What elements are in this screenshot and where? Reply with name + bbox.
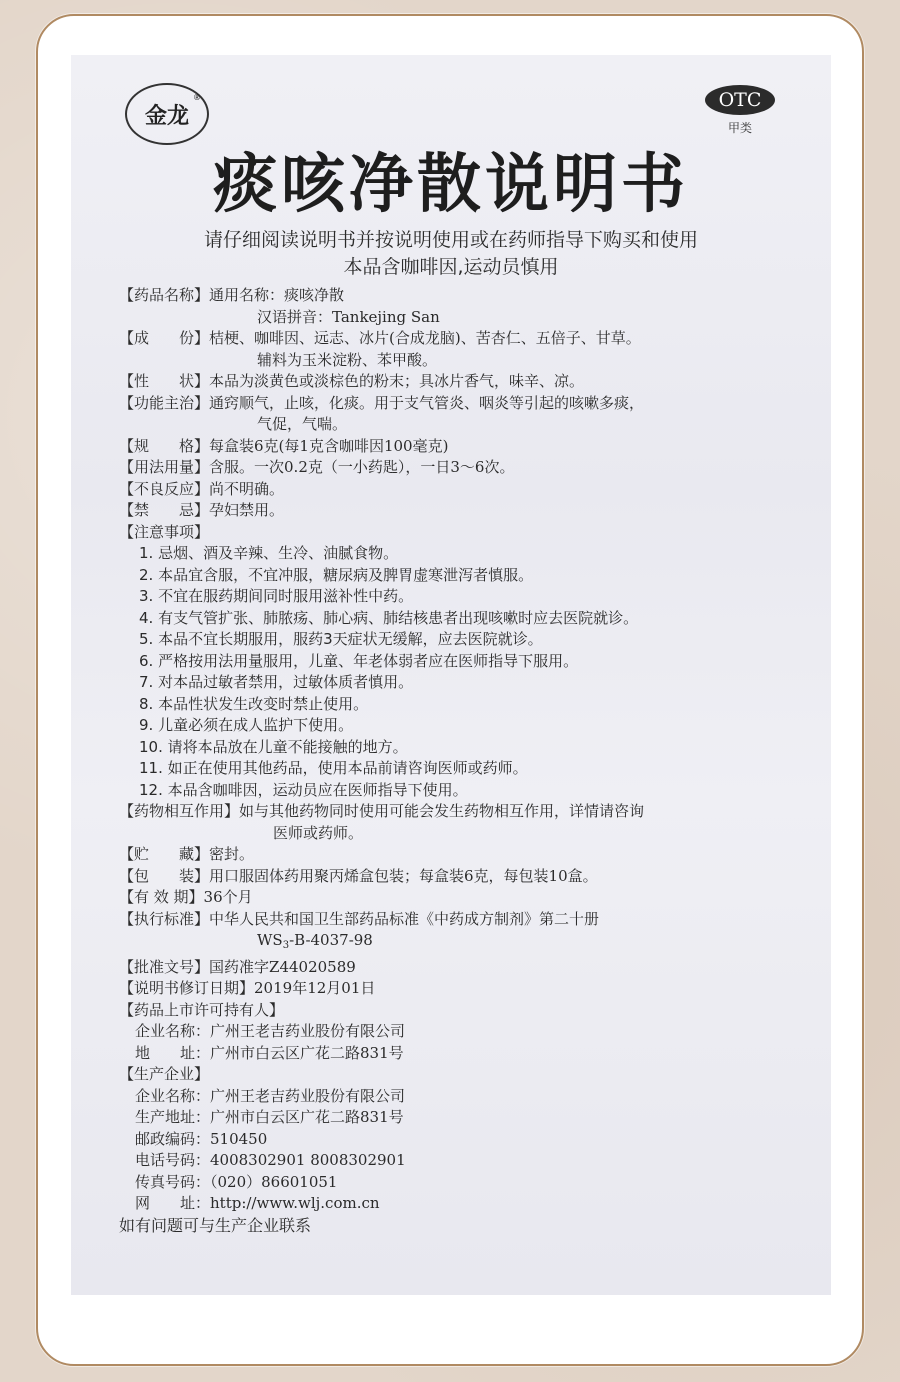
section-label: 【规 格】 — [119, 436, 209, 458]
section-value: 每盒装6克(每1克含咖啡因100毫克) — [209, 436, 809, 458]
section-value: 桔梗、咖啡因、远志、冰片(合成龙脑)、苦杏仁、五倍子、甘草。 — [209, 328, 809, 350]
subtitle-line-1: 请仔细阅读说明书并按说明使用或在药师指导下购买和使用 — [71, 227, 831, 254]
list-item: 2. 本品宜含服，不宜冲服，糖尿病及脾胃虚寒泄泻者慎服。 — [119, 565, 809, 587]
section-value: 尚不明确。 — [209, 479, 809, 501]
section-label: 【不良反应】 — [119, 479, 209, 501]
section-precautions-label: 【注意事项】 — [119, 522, 809, 544]
section-value: 2019年12月01日 — [254, 978, 809, 1000]
section-spec: 【规 格】 每盒装6克(每1克含咖啡因100毫克) — [119, 436, 809, 458]
section-value: 本品为淡黄色或淡棕色的粉末；具冰片香气，味辛、凉。 — [209, 371, 809, 393]
section-dosage: 【用法用量】 含服。一次0.2克（一小药匙），一日3～6次。 — [119, 457, 809, 479]
section-value: 用口服固体药用聚丙烯盒包装；每盒装6克，每包装10盒。 — [209, 866, 809, 888]
subtitle-line-2: 本品含咖啡因,运动员慎用 — [71, 254, 831, 281]
manufacturer-website: 网 址：http://www.wlj.com.cn — [119, 1193, 809, 1215]
section-value-cont: 辅料为玉米淀粉、苯甲酸。 — [119, 350, 809, 372]
section-value: 密封。 — [209, 844, 809, 866]
holder-company: 企业名称：广州王老吉药业股份有限公司 — [119, 1021, 809, 1043]
manufacturer-postcode: 邮政编码：510450 — [119, 1129, 809, 1151]
code-suffix: -B-4037-98 — [289, 931, 373, 949]
otc-badge: OTC 甲类 — [705, 85, 775, 136]
section-properties: 【性 状】 本品为淡黄色或淡棕色的粉末；具冰片香气，味辛、凉。 — [119, 371, 809, 393]
section-label: 【性 状】 — [119, 371, 209, 393]
registered-mark-icon: ® — [193, 93, 201, 102]
section-name: 【药品名称】 通用名称：痰咳净散 — [119, 285, 809, 307]
section-approval: 【批准文号】 国药准字Z44020589 — [119, 957, 809, 979]
section-shelf-life: 【有 效 期】 36个月 — [119, 887, 809, 909]
holder-address: 地 址：广州市白云区广花二路831号 — [119, 1043, 809, 1065]
section-label: 【成 份】 — [119, 328, 209, 350]
list-item: 12. 本品含咖啡因，运动员应在医师指导下使用。 — [119, 780, 809, 802]
list-item: 5. 本品不宜长期服用，服药3天症状无缓解，应去医院就诊。 — [119, 629, 809, 651]
page-title: 痰咳净散说明书 — [71, 145, 831, 225]
section-value: 如与其他药物同时使用可能会发生药物相互作用，详情请咨询 — [239, 801, 809, 823]
section-label: 【禁 忌】 — [119, 500, 209, 522]
section-ingredients: 【成 份】 桔梗、咖啡因、远志、冰片(合成龙脑)、苦杏仁、五倍子、甘草。 — [119, 328, 809, 350]
section-value: 孕妇禁用。 — [209, 500, 809, 522]
list-item: 1. 忌烟、酒及辛辣、生冷、油腻食物。 — [119, 543, 809, 565]
otc-class: 甲类 — [705, 119, 775, 136]
code-prefix: WS — [257, 931, 283, 949]
section-indications: 【功能主治】 通窍顺气，止咳，化痰。用于支气管炎、咽炎等引起的咳嗽多痰， — [119, 393, 809, 415]
list-item: 7. 对本品过敏者禁用，过敏体质者慎用。 — [119, 672, 809, 694]
footer-contact-note: 如有问题可与生产企业联系 — [119, 1215, 809, 1237]
section-label: 【批准文号】 — [119, 957, 209, 979]
section-label: 【贮 藏】 — [119, 844, 209, 866]
section-label: 【用法用量】 — [119, 457, 209, 479]
section-contraindications: 【禁 忌】 孕妇禁用。 — [119, 500, 809, 522]
generic-name: 通用名称：痰咳净散 — [209, 285, 809, 307]
manufacturer-address: 生产地址：广州市白云区广花二路831号 — [119, 1107, 809, 1129]
pinyin-name: 汉语拼音：Tankejing San — [119, 307, 809, 329]
section-manufacturer-label: 【生产企业】 — [119, 1064, 809, 1086]
list-item: 3. 不宜在服药期间同时服用滋补性中药。 — [119, 586, 809, 608]
standard-code: WS3-B-4037-98 — [119, 930, 809, 957]
list-item: 4. 有支气管扩张、肺脓疡、肺心病、肺结核患者出现咳嗽时应去医院就诊。 — [119, 608, 809, 630]
section-label: 【药物相互作用】 — [119, 801, 239, 823]
manufacturer-phone: 电话号码：4008302901 8008302901 — [119, 1150, 809, 1172]
list-item: 8. 本品性状发生改变时禁止使用。 — [119, 694, 809, 716]
section-label: 【包 装】 — [119, 866, 209, 888]
list-item: 10. 请将本品放在儿童不能接触的地方。 — [119, 737, 809, 759]
section-value: 国药准字Z44020589 — [209, 957, 809, 979]
precautions-list: 1. 忌烟、酒及辛辣、生冷、油腻食物。 2. 本品宜含服，不宜冲服，糖尿病及脾胃… — [119, 543, 809, 801]
section-holder-label: 【药品上市许可持有人】 — [119, 1000, 809, 1022]
section-label: 【说明书修订日期】 — [119, 978, 254, 1000]
section-label: 【有 效 期】 — [119, 887, 204, 909]
section-value: 含服。一次0.2克（一小药匙），一日3～6次。 — [209, 457, 809, 479]
section-value: 36个月 — [204, 887, 809, 909]
list-item: 11. 如正在使用其他药品，使用本品前请咨询医师或药师。 — [119, 758, 809, 780]
section-value: 中华人民共和国卫生部药品标准《中药成方制剂》第二十册 — [209, 909, 809, 931]
section-value-cont: 医师或药师。 — [119, 823, 809, 845]
section-value: 通窍顺气，止咳，化痰。用于支气管炎、咽炎等引起的咳嗽多痰， — [209, 393, 809, 415]
section-storage: 【贮 藏】 密封。 — [119, 844, 809, 866]
leaflet-paper: 金龙 ® OTC 甲类 痰咳净散说明书 请仔细阅读说明书并按说明使用或在药师指导… — [71, 55, 831, 1295]
manufacturer-company: 企业名称：广州王老吉药业股份有限公司 — [119, 1086, 809, 1108]
section-revision: 【说明书修订日期】 2019年12月01日 — [119, 978, 809, 1000]
brand-logo-text: 金龙 — [145, 99, 189, 130]
section-interactions: 【药物相互作用】 如与其他药物同时使用可能会发生药物相互作用，详情请咨询 — [119, 801, 809, 823]
section-standard: 【执行标准】 中华人民共和国卫生部药品标准《中药成方制剂》第二十册 — [119, 909, 809, 931]
manufacturer-fax: 传真号码：（020）86601051 — [119, 1172, 809, 1194]
leaflet-body: 【药品名称】 通用名称：痰咳净散 汉语拼音：Tankejing San 【成 份… — [119, 285, 809, 1236]
otc-oval: OTC — [705, 85, 775, 115]
section-packaging: 【包 装】 用口服固体药用聚丙烯盒包装；每盒装6克，每包装10盒。 — [119, 866, 809, 888]
section-label: 【功能主治】 — [119, 393, 209, 415]
section-value-cont: 气促，气喘。 — [119, 414, 809, 436]
section-adverse: 【不良反应】 尚不明确。 — [119, 479, 809, 501]
list-item: 6. 严格按用法用量服用，儿童、年老体弱者应在医师指导下服用。 — [119, 651, 809, 673]
brand-logo: 金龙 ® — [125, 83, 209, 145]
list-item: 9. 儿童必须在成人监护下使用。 — [119, 715, 809, 737]
section-label: 【执行标准】 — [119, 909, 209, 931]
section-label: 【药品名称】 — [119, 285, 209, 307]
subtitle: 请仔细阅读说明书并按说明使用或在药师指导下购买和使用 本品含咖啡因,运动员慎用 — [71, 227, 831, 281]
